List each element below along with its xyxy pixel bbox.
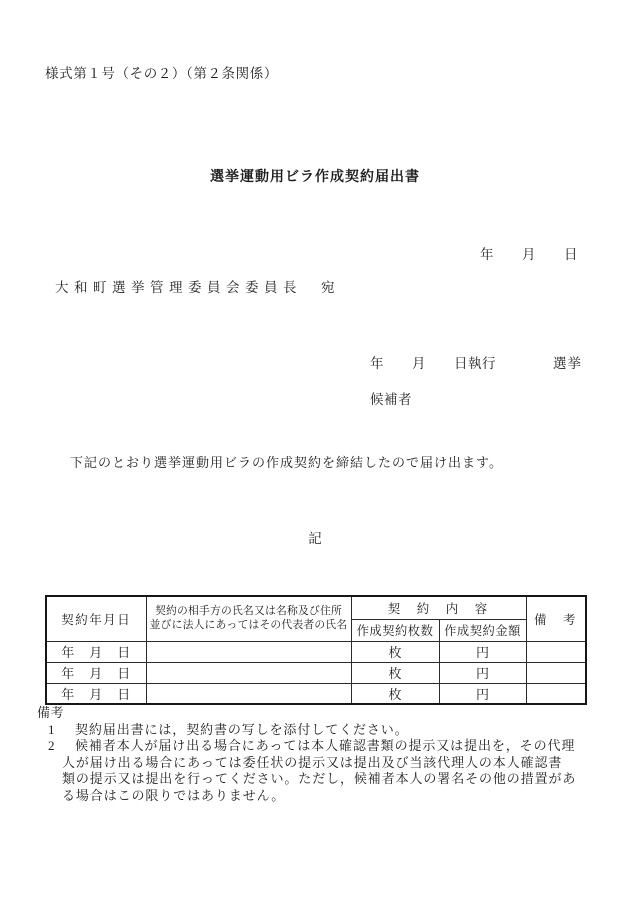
table-row: 年 月 日 枚 円 (46, 641, 586, 662)
note-number: 2 (37, 738, 75, 755)
notification-date-blank: 年 月 日 (480, 243, 578, 263)
header-remarks: 備 考 (526, 596, 586, 641)
cell-sheets-unit: 枚 (351, 683, 439, 704)
cell-remarks (526, 641, 586, 662)
note-item-2-continuation: 人が届け出る場合にあっては委任状の提示又は提出及び当該代理人の本人確認書 (37, 755, 597, 772)
cell-party (146, 683, 351, 704)
addressee-line: 大和町選挙管理委員会委員長 宛 (55, 276, 340, 296)
election-date-line: 年 月 日執行 (370, 352, 496, 372)
cell-contract-date: 年 月 日 (46, 683, 146, 704)
declaration-sentence: 下記のとおり選挙運動用ビラの作成契約を締結したので届け出ます。 (70, 452, 503, 471)
note-item-2-continuation: 類の提示又は提出を行ってください。ただし，候補者本人の署名その他の措置があ (37, 771, 597, 788)
note-number: 1 (37, 722, 75, 739)
note-text: 候補者本人が届け出る場合にあっては本人確認書類の提示又は提出を，その代理 (75, 738, 575, 753)
table-row: 年 月 日 枚 円 (46, 683, 586, 704)
cell-sheets-unit: 枚 (351, 641, 439, 662)
cell-party (146, 662, 351, 683)
header-contract-content: 契 約 内 容 (351, 596, 526, 619)
header-party-line2: 並びに法人にあってはその代表者の氏名 (150, 619, 348, 631)
note-item-2-continuation: る場合はこの限りではありません。 (37, 788, 597, 805)
header-amount: 作成契約金額 (439, 619, 526, 641)
cell-sheets-unit: 枚 (351, 662, 439, 683)
cell-contract-date: 年 月 日 (46, 641, 146, 662)
page-title: 選挙運動用ビラ作成契約届出書 (0, 166, 630, 186)
header-sheets: 作成契約枚数 (351, 619, 439, 641)
form-document-page: 様式第１号（その２）（第２条関係） 選挙運動用ビラ作成契約届出書 年 月 日 大… (0, 0, 630, 903)
election-word: 選挙 (553, 352, 582, 372)
table-header-row-1: 契約年月日 契約の相手方の氏名又は名称及び住所並びに法人にあってはその代表者の氏… (46, 596, 586, 619)
notes-label: 備考 (37, 705, 597, 722)
notes-section: 備考 1契約届出書には，契約書の写しを添付してください。 2候補者本人が届け出る… (37, 705, 597, 805)
header-contract-date: 契約年月日 (46, 596, 146, 641)
candidate-label: 候補者 (370, 388, 412, 408)
form-number: 様式第１号（その２）（第２条関係） (45, 62, 278, 82)
cell-remarks (526, 662, 586, 683)
record-heading: 記 (0, 527, 630, 547)
cell-remarks (526, 683, 586, 704)
note-item-2: 2候補者本人が届け出る場合にあっては本人確認書類の提示又は提出を，その代理 (37, 738, 597, 755)
header-party: 契約の相手方の氏名又は名称及び住所並びに法人にあってはその代表者の氏名 (146, 596, 351, 641)
cell-amount-unit: 円 (439, 662, 526, 683)
table-row: 年 月 日 枚 円 (46, 662, 586, 683)
contract-table: 契約年月日 契約の相手方の氏名又は名称及び住所並びに法人にあってはその代表者の氏… (45, 595, 587, 705)
note-text: 契約届出書には，契約書の写しを添付してください。 (75, 722, 409, 737)
cell-amount-unit: 円 (439, 683, 526, 704)
cell-contract-date: 年 月 日 (46, 662, 146, 683)
note-item-1: 1契約届出書には，契約書の写しを添付してください。 (37, 722, 597, 739)
cell-party (146, 641, 351, 662)
header-party-line1: 契約の相手方の氏名又は名称及び住所 (155, 605, 342, 617)
cell-amount-unit: 円 (439, 641, 526, 662)
